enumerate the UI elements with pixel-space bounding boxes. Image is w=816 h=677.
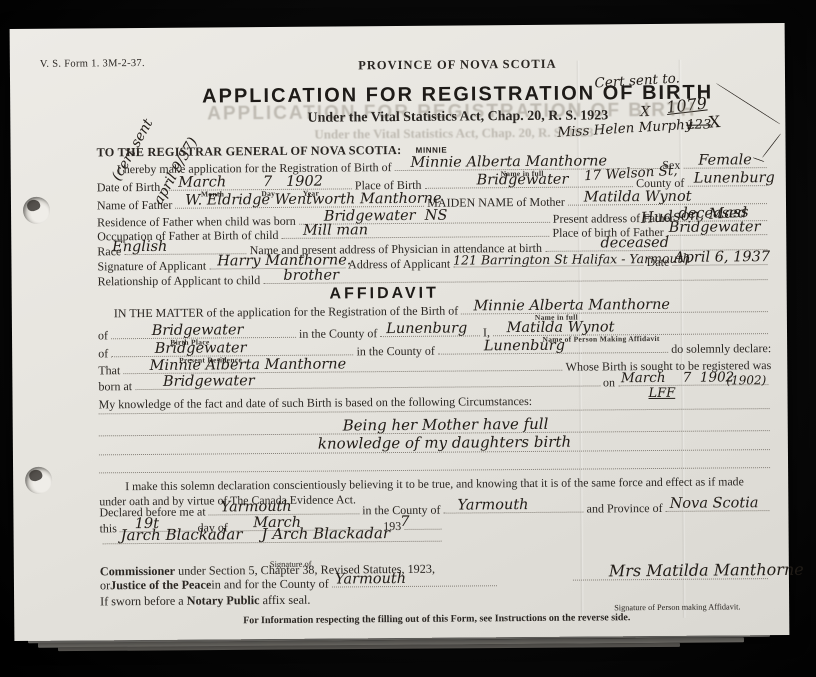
blank-dotted-line: [99, 467, 770, 473]
application-date-value: April 6, 1937: [674, 250, 770, 265]
that-name-value: Minnie Alberta Manthorne: [150, 357, 347, 373]
addressee-line: TO THE REGISTRAR GENERAL OF NOVA SCOTIA:: [97, 143, 402, 160]
form-number: V. S. Form 1. 3M-2-37.: [40, 58, 145, 70]
relationship-value: brother: [283, 268, 339, 283]
applicant-address-label: Address of Applicant: [348, 258, 450, 272]
sworn-post: affix seal.: [259, 593, 310, 607]
witness-signature-value: Jarch Blackadar J Arch Blackadar: [121, 526, 391, 543]
sex-value: Female: [698, 153, 752, 168]
race-value: English: [112, 239, 167, 254]
county-dotted-line: Lunenburg: [687, 184, 766, 187]
sex-label: Sex: [662, 159, 680, 172]
born-at-value: Bridgewater: [163, 374, 255, 389]
hole-punch-top: [23, 197, 50, 224]
this-label: this: [99, 522, 116, 535]
application-date-dotted-line: April 6, 1937: [672, 263, 767, 266]
birth-county-label: in the County of: [299, 327, 377, 341]
declared-county-value: Yarmouth: [457, 497, 528, 512]
birthplace-value: Bridgewater: [152, 323, 244, 338]
declarant-value: Matilda Wynot: [507, 320, 615, 335]
mother-maiden-label: MAIDEN NAME of Mother: [427, 196, 565, 210]
matter-name-dotted-line: Minnie Alberta Manthorne Name in full: [461, 310, 768, 314]
father-occupation-dotted-line: Mill man: [282, 235, 550, 239]
declared-province-value: Nova Scotia: [670, 496, 759, 511]
father-name-label: Name of Father: [97, 199, 172, 213]
declarant-dotted-line: Matilda Wynot Name of Person Making Affi…: [493, 332, 768, 336]
commissioner-bold: Commissioner: [100, 564, 175, 579]
affiant-signature-dotted-line: Mrs Matilda Manthorne: [573, 577, 768, 581]
matter-name-value: Minnie Alberta Manthorne: [473, 297, 670, 313]
father-pob-dotted-line: Bridgewater: [667, 233, 767, 236]
sworn-pre: If sworn before a: [100, 594, 187, 609]
father-occupation-value: Mill man: [303, 223, 368, 238]
justice-county-dotted-line: Yarmouth: [332, 584, 497, 587]
residence-county-dotted-line: Lunenburg: [438, 351, 668, 355]
dob-label: Date of Birth: [97, 181, 160, 195]
declared-province-label: and Province of: [587, 502, 663, 516]
notary-bold: Notary Public: [187, 593, 260, 608]
applicant-address-dotted-line: 121 Barrington St Halifax - Yarmouth: [453, 264, 643, 267]
affidavit-row-matter: IN THE MATTER of the application for the…: [98, 302, 771, 320]
birth-date-year-note: (1902): [726, 373, 766, 387]
physician-value: deceased: [600, 235, 669, 250]
document-paper: V. S. Form 1. 3M-2-37. (cert sent april …: [10, 23, 790, 641]
of-label-2: of: [98, 347, 108, 360]
applicant-signature-label: Signature of Applicant: [97, 260, 206, 274]
of-label: of: [98, 329, 108, 342]
justice-county-value: Yarmouth: [335, 571, 406, 586]
declared-place-value: Yarmouth: [221, 499, 292, 514]
affiant-signature-row: Mrs Matilda Manthorne: [570, 577, 771, 581]
father-pob-value: Bridgewater: [669, 220, 761, 235]
circumstances-value-line1: Being her Mother have full: [343, 415, 549, 435]
dob-value: March 7 1902: [178, 174, 323, 190]
initials-note: LFF: [648, 386, 675, 401]
notary-line: If sworn before a Notary Public affix se…: [100, 593, 310, 610]
residence-value: Bridgewater: [155, 341, 247, 356]
declared-province-dotted-line: Nova Scotia: [666, 509, 770, 512]
county-value: Lunenburg: [694, 171, 775, 186]
father-residence-value: Bridgewater NS: [324, 208, 448, 223]
father-address-label: Present address of Father: [553, 212, 674, 226]
declared-county-dotted-line: Yarmouth: [444, 511, 584, 514]
circumstances-value-line2: knowledge of my daughters birth: [318, 433, 571, 453]
matter-label: IN THE MATTER of the application for the…: [98, 305, 458, 321]
affiant-signature-value: Mrs Matilda Manthorne: [609, 562, 804, 580]
on-label: on: [603, 376, 615, 389]
that-label: That: [98, 364, 120, 377]
page-title: APPLICATION FOR REGISTRATION OF BIRTH: [150, 81, 765, 109]
residence-county-label: in the County of: [357, 345, 435, 359]
or-label: or: [100, 579, 110, 593]
birth-date-value: March 7 1902: [621, 371, 734, 385]
justice-line: or Justice of the Peace in and for the C…: [100, 576, 500, 593]
justice-rest: in and for the County of: [211, 578, 329, 592]
mother-maiden-value: Matilda Wynot: [584, 189, 692, 204]
applicant-address-value: 121 Barrington St Halifax - Yarmouth: [453, 252, 691, 266]
witness-signature-row: Jarch Blackadar J Arch Blackadar: [100, 540, 445, 545]
justice-bold: Justice of the Peace: [110, 578, 211, 592]
year-dotted-line: 7: [404, 528, 441, 530]
residence-county-value: Lunenburg: [484, 338, 565, 353]
film-background: V. S. Form 1. 3M-2-37. (cert sent april …: [0, 0, 816, 677]
father-name-value: W. Eldridge Wentworth Manthorne: [185, 191, 441, 208]
year-suffix-value: 7: [400, 514, 409, 529]
applicant-signature-value: Harry Manthorne.: [217, 253, 351, 269]
birth-county-dotted-line: Lunenburg: [380, 334, 480, 337]
hole-punch-bottom: [25, 467, 52, 494]
pob-dotted-line: Bridgewater: [425, 185, 634, 189]
born-at-label: born at: [98, 380, 132, 393]
declare-label: do solemnly declare:: [671, 342, 771, 356]
declaration-row-place: Declared before me at Yarmouth in the Co…: [99, 501, 772, 519]
born-at-dotted-line: Bridgewater: [135, 384, 600, 390]
birthplace-dotted-line: Bridgewater Birth Place: [111, 336, 296, 339]
pob-value: Bridgewater: [477, 172, 569, 187]
footer-instruction: For Information respecting the filling o…: [100, 611, 773, 627]
name-dotted-line: MINNIE Minnie Alberta Manthorne Name in …: [395, 167, 660, 171]
dob-dotted-line: March 7 1902 Month Day Year: [163, 187, 352, 190]
birth-county-value: Lunenburg: [386, 321, 467, 336]
witness-signature-dotted-line: Jarch Blackadar J Arch Blackadar: [103, 540, 442, 545]
sex-dotted-line: Female: [683, 166, 766, 169]
name-value: Minnie Alberta Manthorne: [410, 154, 607, 170]
